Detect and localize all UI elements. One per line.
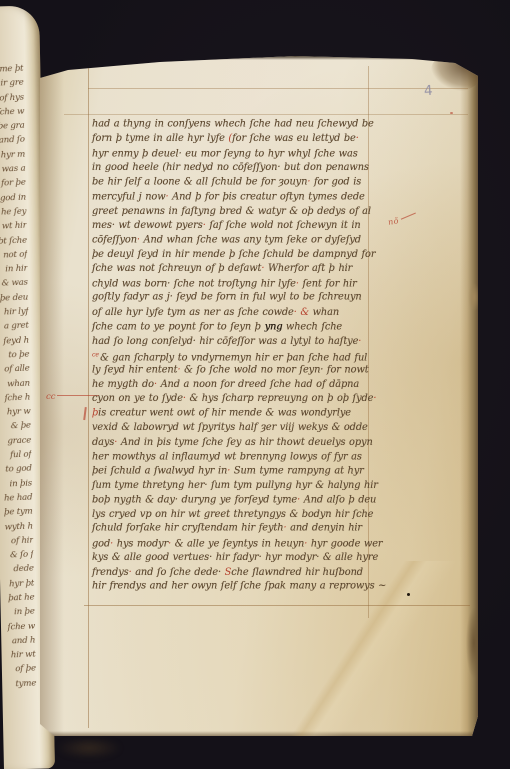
facing-page-line: in þe (1, 605, 35, 621)
manuscript-line: ſche cam to ye poynt for to ſeyn þ yng w… (92, 321, 384, 335)
facing-page-line: of hir (0, 533, 33, 549)
shadow-smudge (56, 737, 122, 759)
manuscript-line: mercyful j now· And þ for þis creatur of… (92, 191, 384, 205)
ruling-line-top-2 (64, 114, 468, 115)
facing-page-line: ful of (0, 448, 32, 464)
manuscript-line: ſum tyme thretyng her· ſum tym pullyng h… (92, 479, 384, 493)
manuscript-line: cyon on ye to ſyde· & hys ſcharp repreuy… (92, 392, 384, 406)
facing-page-line: þat he (0, 590, 34, 606)
facing-page-line: hyr w (0, 405, 31, 421)
facing-page-line: ſeyd h (0, 333, 29, 349)
ink-dot (407, 593, 410, 596)
facing-page-line: and h (1, 633, 35, 649)
facing-page-line: þe gra (0, 119, 25, 135)
facing-page-line: & ſo ſ (0, 548, 34, 564)
manuscript-line: goſtly fadyr as j· ſeyd be forn in ful w… (92, 291, 384, 305)
facing-page-line: for þe (0, 176, 26, 192)
manuscript-page: 4 nõ cc had a thyng in conſyens whech ſc… (40, 56, 478, 736)
manuscript-line: god· hys modyr· & alle ye ſeyntys in heu… (92, 537, 384, 551)
facing-page-line: þe deu (0, 290, 28, 306)
margin-note-right: nõ (387, 216, 399, 227)
manuscript-line: ſche was not ſchreuyn of þ defawt· Wherf… (92, 262, 384, 276)
facing-page-line: not of (0, 247, 27, 263)
manuscript-line: mes· wt dewowt pyers· ſaf ſche wold not … (92, 219, 384, 233)
facing-page-line: of þe (2, 662, 36, 678)
facing-page-line: he ſey (0, 205, 26, 221)
edge-stain (468, 282, 480, 312)
facing-page-line: to þe (0, 347, 29, 363)
facing-page-line: dede (0, 562, 34, 578)
manuscript-line: he mygth do· And a noon for dreed ſche h… (92, 378, 384, 392)
folio-number: 4 (423, 83, 433, 100)
margin-mark-left: cc (46, 392, 99, 402)
ruling-line-bottom (84, 605, 470, 606)
manuscript-line: had ſo long conſelyd· hir cōfeſſor was a… (92, 335, 384, 349)
manuscript-line: ſchuld forſake hir cryſtendam hir feyth·… (92, 522, 384, 536)
manuscript-line: þei ſchuld a ſwalwyd hyr in· Sum tyme ra… (92, 464, 384, 478)
facing-page-line: a gret (0, 319, 29, 335)
manuscript-line: ce& gan ſcharply to vndyrnemyn hir er þa… (92, 349, 384, 363)
manuscript-line: boþ nygth & day· duryng ye forſeyd tyme·… (92, 494, 384, 508)
facing-page-line: of hys (0, 90, 24, 106)
facing-page-line: grace (0, 433, 31, 449)
manuscript-line: frendys· and ſo ſche dede· Sche ſlawndre… (92, 566, 384, 580)
facing-page-line: ſche w (1, 619, 35, 635)
facing-page-line: to god (0, 462, 32, 478)
manuscript-line: lys cryed vp on hir wt greet thretyngys … (92, 508, 384, 522)
manuscript-line: hyr enmy þ deuel· eu mor ſeyng to hyr wh… (92, 147, 384, 161)
facing-page-line: ſche w (0, 104, 24, 120)
facing-page-line: hyr þt (0, 576, 34, 592)
manuscript-line: þe deuyl ſeyd in hir mende þ ſche ſchuld… (92, 248, 384, 262)
corner-stain (431, 53, 481, 91)
edge-stain (466, 608, 482, 678)
manuscript-line: hir frendys and her owyn ſelf ſche ſpak … (92, 580, 384, 594)
manuscript-line: be hir ſelf a loone & all ſchuld be for … (92, 175, 384, 189)
manuscript-line: chyld was born· ſche not troſtyng hir ly… (92, 277, 384, 291)
facing-page-line: was a (0, 162, 26, 178)
facing-page-line: wt hir (0, 219, 27, 235)
facing-page-line: and ſo (0, 133, 25, 149)
facing-page-line: me þt (0, 62, 23, 78)
facing-page-line: he had (0, 490, 32, 506)
manuscript-line: kys & alle good vertues· hir fadyr· hyr … (92, 551, 384, 565)
facing-page-line: god in (0, 190, 26, 206)
red-margin-tick (83, 407, 86, 420)
text-block: had a thyng in conſyens whech ſche had n… (92, 118, 384, 594)
facing-page-text: me þthir greof hysſche wþe graand ſohyr … (0, 62, 37, 711)
facing-page-line: tyme (2, 676, 36, 692)
facing-page-line: in þis (0, 476, 32, 492)
page-top-edge (46, 56, 474, 60)
manuscript-line: vexid & labowryd wt ſpyritys half ȝer vi… (92, 421, 384, 435)
manuscript-line: her mowthys al inflaumyd wt brennyng low… (92, 450, 384, 464)
facing-page-line: & was (0, 276, 28, 292)
facing-page-line: & þe (0, 419, 31, 435)
facing-page-line: wyth h (0, 519, 33, 535)
red-ink-speck (450, 112, 453, 114)
facing-page-line: whan (0, 376, 30, 392)
manuscript-line: ly ſeyd hir entent· & ſo ſche wold no mo… (92, 364, 384, 378)
facing-page-line: hyr m (0, 147, 25, 163)
facing-page-line: of alle (0, 362, 30, 378)
facing-page-line: hir lyf (0, 305, 29, 321)
manuscript-line: of alle hyr lyfe tym as ner as ſche cowd… (92, 306, 384, 320)
manuscript-line: forn þ tyme in alle hyr lyfe (for ſche w… (92, 132, 384, 146)
manuscript-line: days· And in þis tyme ſche ſey as hir th… (92, 436, 384, 450)
facing-page-line: hir wt (1, 648, 35, 664)
facing-page-line: þt ſche (0, 233, 27, 249)
manuscript-line: cōfeſſyon· And whan ſche was any tym ſek… (92, 233, 384, 247)
manuscript-line: in good heele (hir nedyd no cōfeſſyon· b… (92, 161, 384, 175)
facing-page-line: þe tym (0, 505, 33, 521)
manuscript-photograph: me þthir greof hysſche wþe graand ſohyr … (0, 0, 510, 769)
manuscript-line: had a thyng in conſyens whech ſche had n… (92, 118, 384, 132)
facing-page-line: hir gre (0, 76, 24, 92)
facing-page-line: in hir (0, 262, 28, 278)
facing-page-line: ſche h (0, 390, 30, 406)
manuscript-line: greet penawns in faſtyng bred & watyr & … (92, 205, 384, 219)
ruling-line-top-1 (88, 88, 468, 89)
manuscript-line: þis creatur went owt of hir mende & was … (92, 406, 384, 420)
